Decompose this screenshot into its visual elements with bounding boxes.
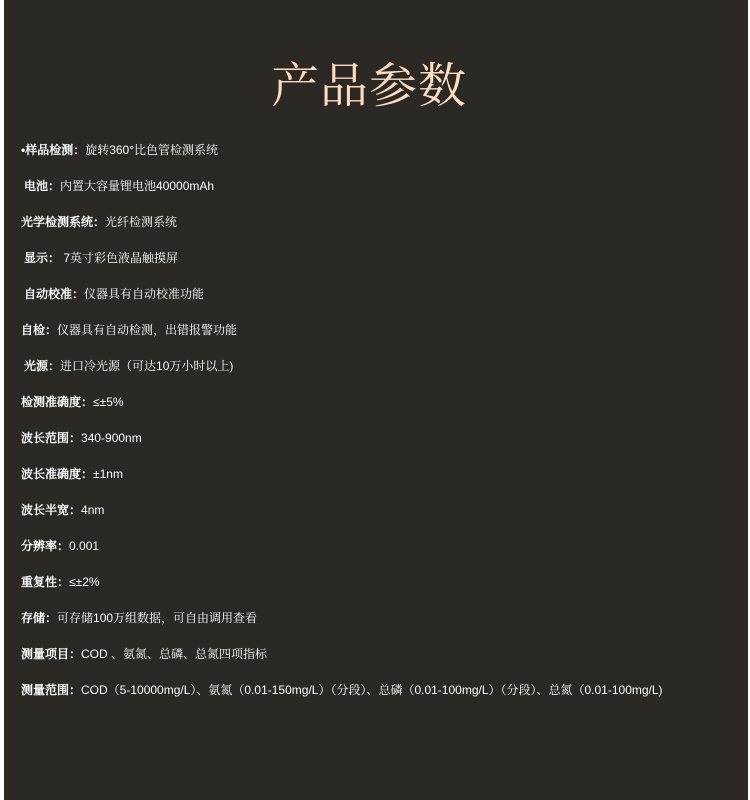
spec-wavelength-range: 波长范围：340-900nm (21, 424, 681, 460)
spec-display: 显示： 7英寸彩色液晶触摸屏 (21, 244, 681, 280)
spec-label: 光源： (24, 359, 60, 373)
spec-resolution: 分辨率：0.001 (21, 532, 681, 568)
spec-value: ≤±2% (69, 575, 100, 589)
spec-label: 测量项目： (21, 647, 81, 661)
spec-label: 自动校准： (24, 287, 84, 301)
spec-value: 内置大容量锂电池40000mAh (60, 179, 214, 193)
spec-battery: 电池：内置大容量锂电池40000mAh (21, 172, 681, 208)
spec-wavelength-half-width: 波长半宽：4nm (21, 496, 681, 532)
spec-light-source: 光源：进口冷光源（可达10万小时以上) (21, 352, 681, 388)
spec-wavelength-accuracy: 波长准确度：±1nm (21, 460, 681, 496)
spec-label: 存储： (21, 611, 57, 625)
spec-label: 重复性： (21, 575, 69, 589)
spec-label: 光学检测系统： (21, 215, 105, 229)
spec-label: 波长范围： (21, 431, 81, 445)
spec-value: COD（5-10000mg/L）、氨氮（0.01-150mg/L）（分段）、总磷… (81, 683, 663, 697)
spec-label: 测量范围： (21, 683, 81, 697)
spec-label: 自检： (21, 323, 57, 337)
spec-optical-system: 光学检测系统：光纤检测系统 (21, 208, 681, 244)
spec-measurement-range: 测量范围：COD（5-10000mg/L）、氨氮（0.01-150mg/L）（分… (21, 676, 681, 704)
spec-label: •样品检测： (21, 143, 85, 157)
spec-label: 波长半宽： (21, 503, 81, 517)
spec-value: 0.001 (69, 539, 99, 553)
spec-label: 电池： (24, 179, 60, 193)
spec-storage: 存储：可存储100万组数据，可自由调用查看 (21, 604, 681, 640)
spec-value: 仪器具有自动检测，出错报警功能 (57, 323, 237, 337)
product-params-panel: 产品参数 •样品检测：旋转360°比色管检测系统 电池：内置大容量锂电池4000… (4, 0, 748, 800)
spec-value: 进口冷光源（可达10万小时以上) (60, 359, 233, 373)
spec-value: 可存储100万组数据，可自由调用查看 (57, 611, 257, 625)
spec-label: 波长准确度： (21, 467, 93, 481)
spec-value: 光纤检测系统 (105, 215, 177, 229)
spec-value: 4nm (81, 503, 104, 517)
spec-sample-detection: •样品检测：旋转360°比色管检测系统 (21, 136, 681, 172)
spec-repeatability: 重复性：≤±2% (21, 568, 681, 604)
spec-label: 检测准确度： (21, 395, 93, 409)
spec-value: 7英寸彩色液晶触摸屏 (60, 251, 178, 265)
spec-detection-accuracy: 检测准确度：≤±5% (21, 388, 681, 424)
spec-measurement-items: 测量项目：COD 、氨氮、总磷、总氮四项指标 (21, 640, 681, 676)
page-title: 产品参数 (4, 56, 734, 116)
spec-label: 分辨率： (21, 539, 69, 553)
spec-label: 显示： (24, 251, 60, 265)
spec-self-check: 自检：仪器具有自动检测，出错报警功能 (21, 316, 681, 352)
spec-value: COD 、氨氮、总磷、总氮四项指标 (81, 647, 267, 661)
spec-value: 旋转360°比色管检测系统 (85, 143, 218, 157)
spec-auto-calibration: 自动校准：仪器具有自动校准功能 (21, 280, 681, 316)
spec-value: 仪器具有自动校准功能 (84, 287, 204, 301)
spec-list: •样品检测：旋转360°比色管检测系统 电池：内置大容量锂电池40000mAh … (21, 136, 681, 704)
spec-value: ±1nm (93, 467, 123, 481)
spec-value: 340-900nm (81, 431, 142, 445)
spec-value: ≤±5% (93, 395, 124, 409)
